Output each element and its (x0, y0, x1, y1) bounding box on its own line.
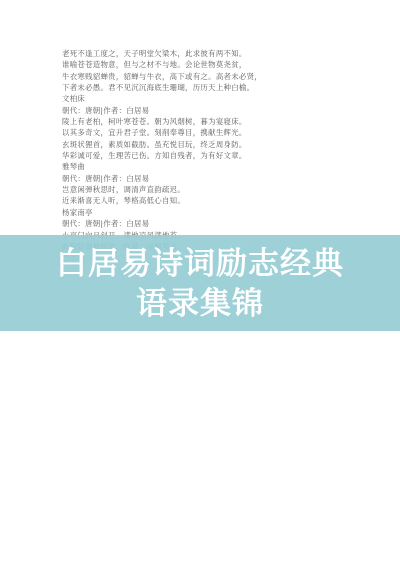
poem-title: 雅琴曲 (62, 161, 342, 172)
poem-line: 牛衣寒贱貂蝉贵，貂蝉与牛衣，高下或有之。高者未必贤， (62, 71, 342, 82)
poem-meta: 朝代：唐朝|作者：白居易 (62, 105, 342, 116)
poem-meta: 朝代：唐朝|作者：白居易 (62, 173, 342, 184)
poem-line: 谁喻苍苍造物意，但与之材不与地。会论世物莫尧贫， (62, 59, 342, 70)
poem-title: 杨家南亭 (62, 207, 342, 218)
poem-line: 下者未必愚。君不见沉沉海底生珊瑚，历历天上种白榆。 (62, 82, 342, 93)
title-banner: 白居易诗词励志经典语录集锦 (0, 235, 400, 331)
poem-line: 玄斑状狸首，素质如截肪。虽充悦目玩，终乏周身防。 (62, 139, 342, 150)
poem-line: 陵上有老柏，柯叶寒苍苍。朝为风烟树，暮为宴寝床。 (62, 116, 342, 127)
poem-line: 华彩诚可爱，生理苦已伤。方知自残者，为有好文章。 (62, 150, 342, 161)
poem-line: 岂意闲弹秋思时，调清声直韵疏迟。 (62, 184, 342, 195)
poem-line: 老死不逢工度之，天子明堂欠梁木，此求彼有两不知。 (62, 48, 342, 59)
poem-line: 近来渐喜无人听，琴格高低心自知。 (62, 195, 342, 206)
poem-line: 以其多奇文，宜升君子堂。刻削奉尊目，携献生辉光。 (62, 127, 342, 138)
poem-meta: 朝代：唐朝|作者：白居易 (62, 218, 342, 229)
banner-title: 白居易诗词励志经典语录集锦 (45, 244, 355, 324)
poem-title: 文柏床 (62, 93, 342, 104)
document-page: 老死不逢工度之，天子明堂欠梁木，此求彼有两不知。 谁喻苍苍造物意，但与之材不与地… (62, 48, 342, 264)
